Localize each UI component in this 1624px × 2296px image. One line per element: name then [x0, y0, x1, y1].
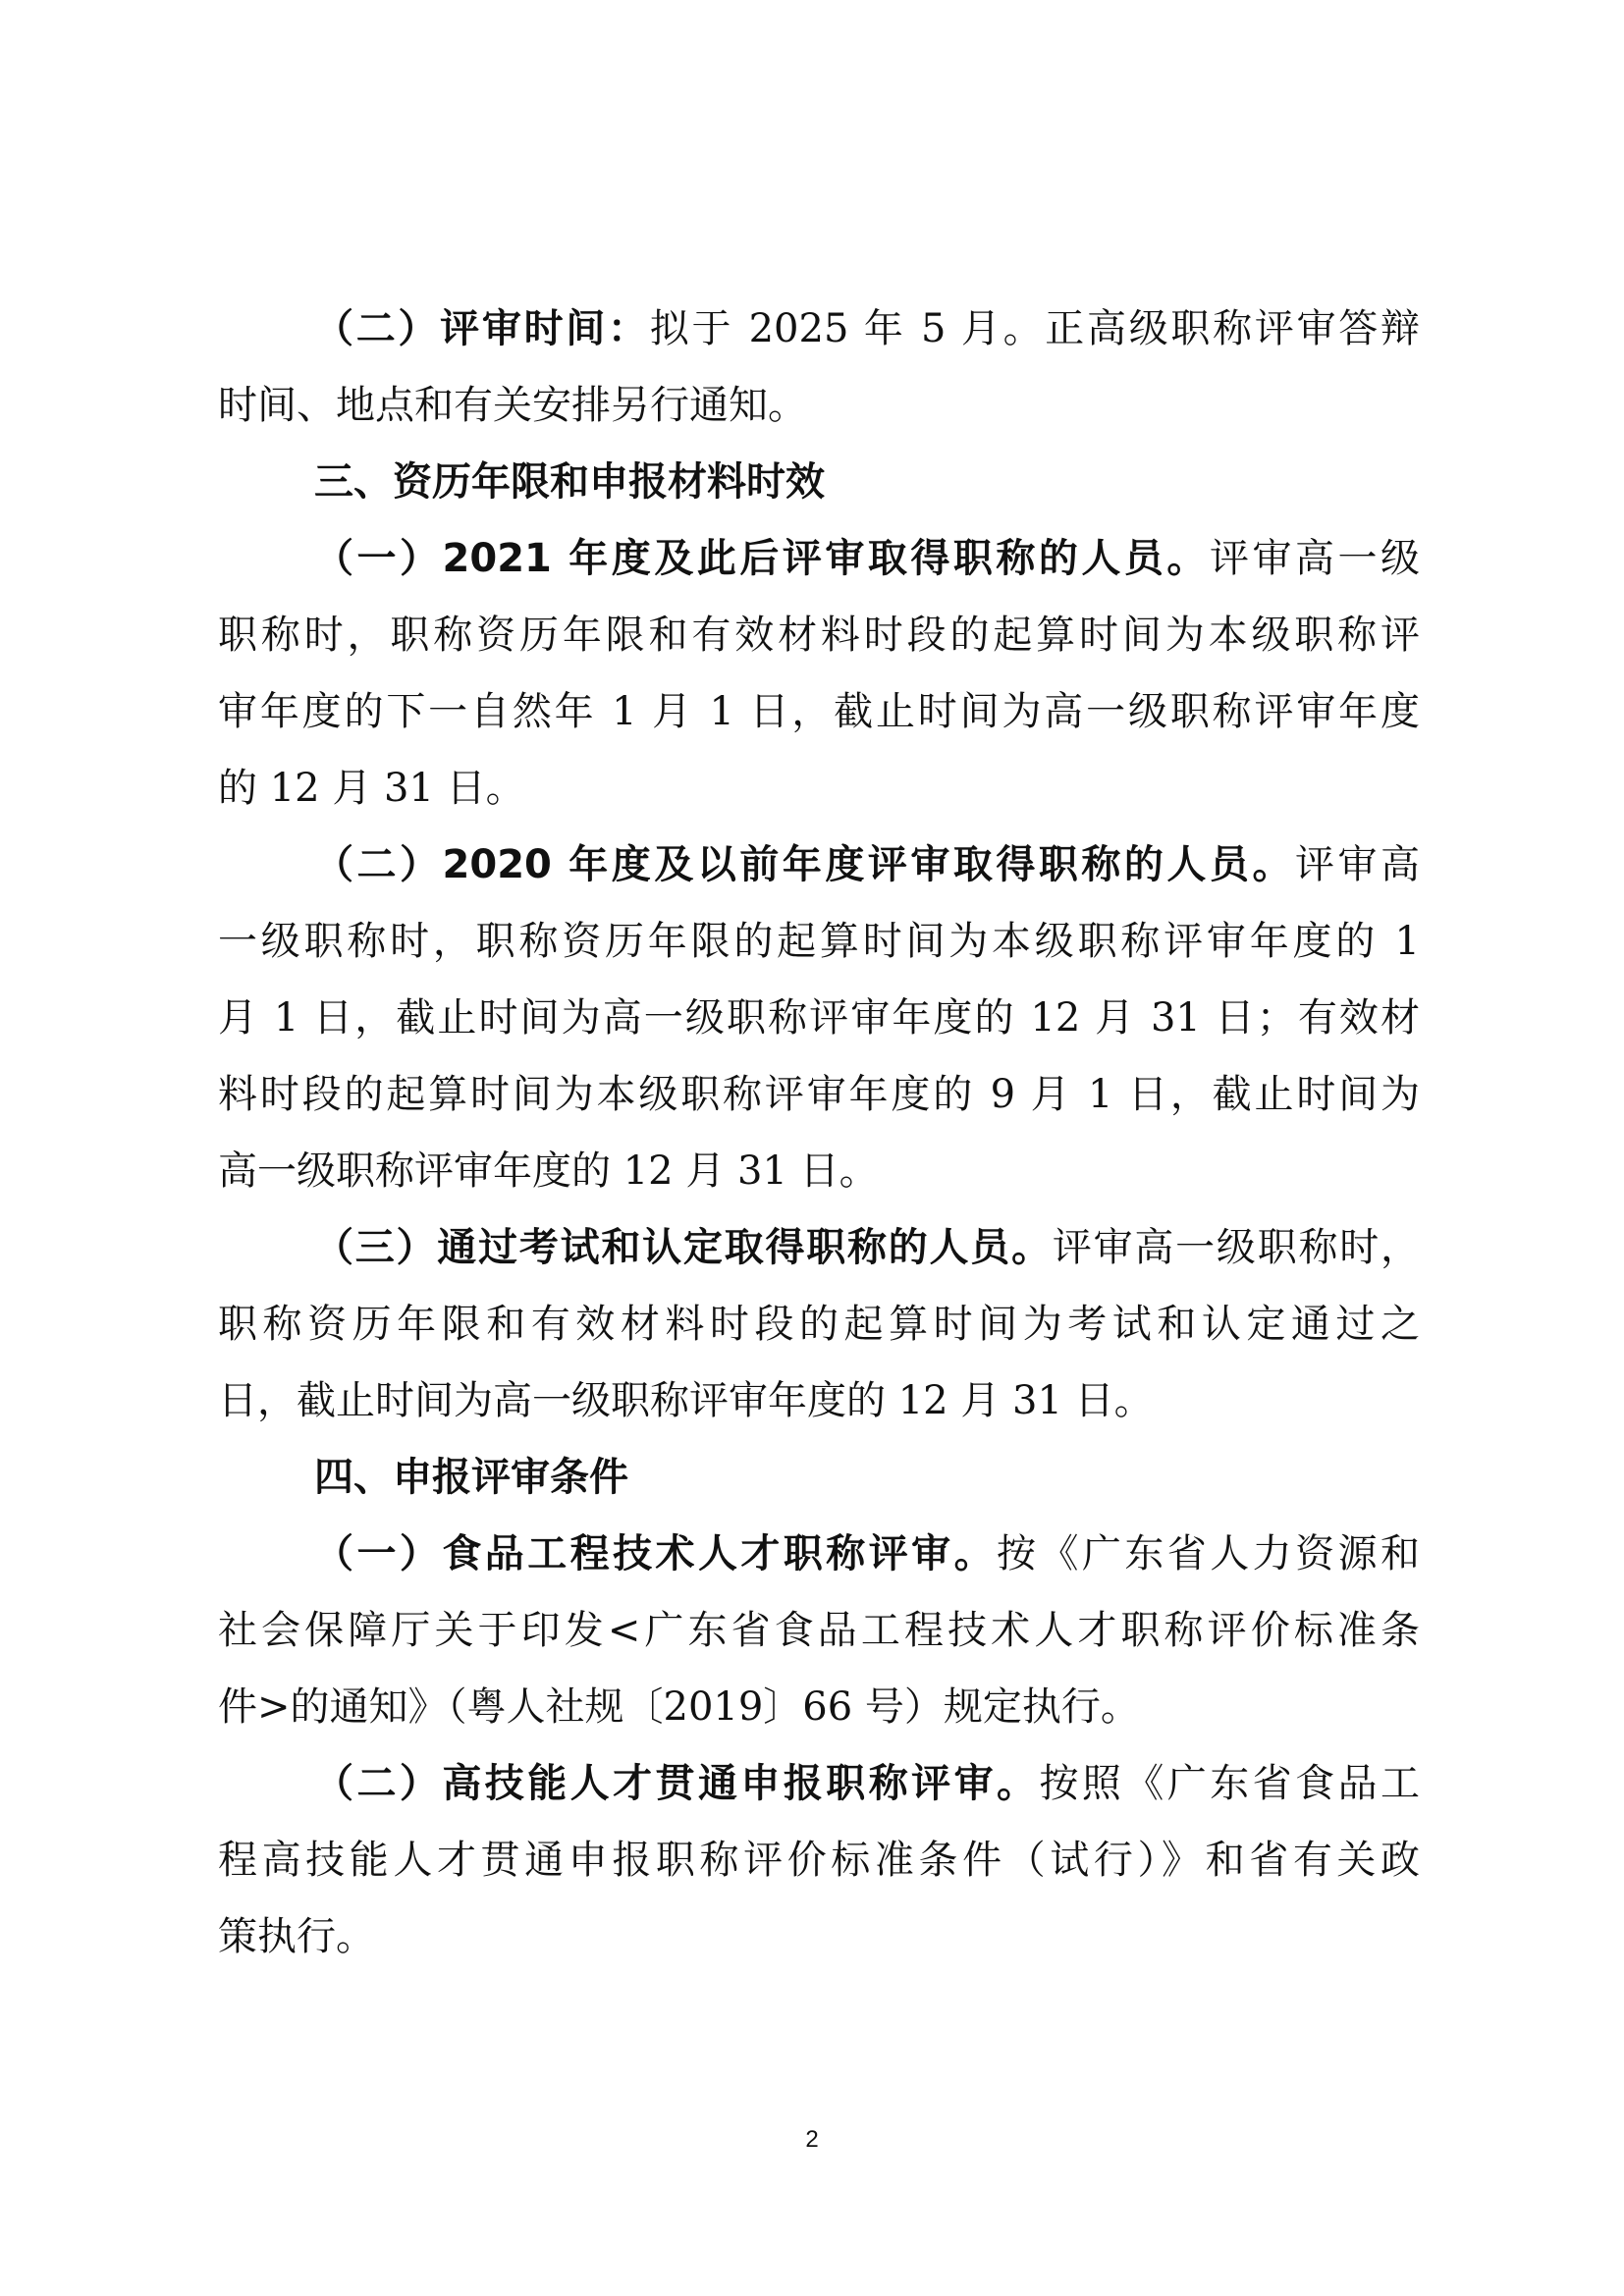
body-text: 社会保障厅关于印发<广东省食品工程技术人才职称评价标准条 [218, 1608, 1420, 1653]
body-text: 职称时，职称资历年限和有效材料时段的起算时间为本级职称评 [218, 613, 1420, 658]
body-text: 评审高 [1295, 842, 1420, 887]
paragraph-review-time-line-2: 时间、地点和有关安排另行通知。 [218, 367, 1420, 444]
subheading-2020: （二）2020 年度及以前年度评审取得职称的人员。 [314, 842, 1295, 887]
paragraph-sec3-item3-line-3: 日，截止时间为高一级职称评审年度的 12 月 31 日。 [218, 1362, 1420, 1439]
paragraph-sec3-item1-line-2: 职称时，职称资历年限和有效材料时段的起算时间为本级职称评 [218, 597, 1420, 673]
body-text: 程高技能人才贯通申报职称评价标准条件（试行）》和省有关政 [218, 1838, 1420, 1883]
body-text: 评审高一级职称时， [1053, 1225, 1420, 1270]
body-text: 高一级职称评审年度的 12 月 31 日。 [218, 1148, 879, 1194]
subheading-review-time: （二）评审时间： [314, 306, 650, 351]
paragraph-sec3-item2-line-1: （二）2020 年度及以前年度评审取得职称的人员。评审高 [218, 827, 1420, 903]
body-text: 日，截止时间为高一级职称评审年度的 12 月 31 日。 [218, 1378, 1154, 1423]
paragraph-sec3-item2-line-2: 一级职称时，职称资历年限的起算时间为本级职称评审年度的 1 [218, 903, 1420, 980]
subheading-food-engineering: （一）食品工程技术人才职称评审。 [314, 1531, 997, 1576]
paragraph-sec4-item1-line-3: 件>的通知》（粤人社规〔2019〕66 号）规定执行。 [218, 1669, 1420, 1745]
paragraph-sec3-item2-line-3: 月 1 日，截止时间为高一级职称评审年度的 12 月 31 日；有效材 [218, 980, 1420, 1056]
paragraph-sec4-item2-line-3: 策执行。 [218, 1898, 1420, 1975]
section-heading-text: 四、申报评审条件 [314, 1455, 628, 1500]
paragraph-sec3-item1-line-1: （一）2021 年度及此后评审取得职称的人员。评审高一级 [218, 520, 1420, 597]
body-text: 拟于 2025 年 5 月。正高级职称评审答辩 [650, 306, 1420, 351]
body-text: 时间、地点和有关安排另行通知。 [218, 383, 807, 428]
paragraph-sec4-item2-line-1: （二）高技能人才贯通申报职称评审。按照《广东省食品工 [218, 1745, 1420, 1822]
paragraph-sec4-item1-line-2: 社会保障厅关于印发<广东省食品工程技术人才职称评价标准条 [218, 1592, 1420, 1669]
body-text: 件>的通知》（粤人社规〔2019〕66 号）规定执行。 [218, 1684, 1140, 1730]
page-number: 2 [0, 2126, 1624, 2154]
paragraph-review-time-line-1: （二）评审时间：拟于 2025 年 5 月。正高级职称评审答辩 [218, 291, 1420, 367]
section-heading-4: 四、申报评审条件 [218, 1439, 1420, 1516]
body-text: 按《广东省人力资源和 [997, 1531, 1420, 1576]
paragraph-sec3-item2-line-5: 高一级职称评审年度的 12 月 31 日。 [218, 1133, 1420, 1209]
body-text: 按照《广东省食品工 [1039, 1761, 1420, 1806]
document-page: （二）评审时间：拟于 2025 年 5 月。正高级职称评审答辩 时间、地点和有关… [0, 0, 1624, 2296]
document-body: （二）评审时间：拟于 2025 年 5 月。正高级职称评审答辩 时间、地点和有关… [218, 291, 1420, 1975]
body-text: 策执行。 [218, 1914, 375, 1959]
body-text: 的 12 月 31 日。 [218, 766, 525, 811]
section-heading-3: 三、资历年限和申报材料时效 [218, 444, 1420, 520]
body-text: 审年度的下一自然年 1 月 1 日，截止时间为高一级职称评审年度 [218, 689, 1420, 734]
paragraph-sec4-item1-line-1: （一）食品工程技术人才职称评审。按《广东省人力资源和 [218, 1516, 1420, 1592]
paragraph-sec4-item2-line-2: 程高技能人才贯通申报职称评价标准条件（试行）》和省有关政 [218, 1822, 1420, 1898]
body-text: 料时段的起算时间为本级职称评审年度的 9 月 1 日，截止时间为 [218, 1072, 1420, 1117]
body-text: 月 1 日，截止时间为高一级职称评审年度的 12 月 31 日；有效材 [218, 995, 1420, 1041]
paragraph-sec3-item1-line-3: 审年度的下一自然年 1 月 1 日，截止时间为高一级职称评审年度 [218, 673, 1420, 750]
paragraph-sec3-item1-line-4: 的 12 月 31 日。 [218, 750, 1420, 827]
subheading-high-skill: （二）高技能人才贯通申报职称评审。 [314, 1761, 1039, 1806]
body-text: 一级职称时，职称资历年限的起算时间为本级职称评审年度的 1 [218, 919, 1420, 964]
subheading-2021: （一）2021 年度及此后评审取得职称的人员。 [314, 536, 1210, 581]
paragraph-sec3-item3-line-2: 职称资历年限和有效材料时段的起算时间为考试和认定通过之 [218, 1286, 1420, 1362]
paragraph-sec3-item3-line-1: （三）通过考试和认定取得职称的人员。评审高一级职称时， [218, 1209, 1420, 1286]
body-text: 职称资历年限和有效材料时段的起算时间为考试和认定通过之 [218, 1302, 1420, 1347]
body-text: 评审高一级 [1210, 536, 1420, 581]
section-heading-text: 三、资历年限和申报材料时效 [314, 459, 825, 505]
subheading-exam-recognition: （三）通过考试和认定取得职称的人员。 [314, 1225, 1053, 1270]
paragraph-sec3-item2-line-4: 料时段的起算时间为本级职称评审年度的 9 月 1 日，截止时间为 [218, 1056, 1420, 1133]
